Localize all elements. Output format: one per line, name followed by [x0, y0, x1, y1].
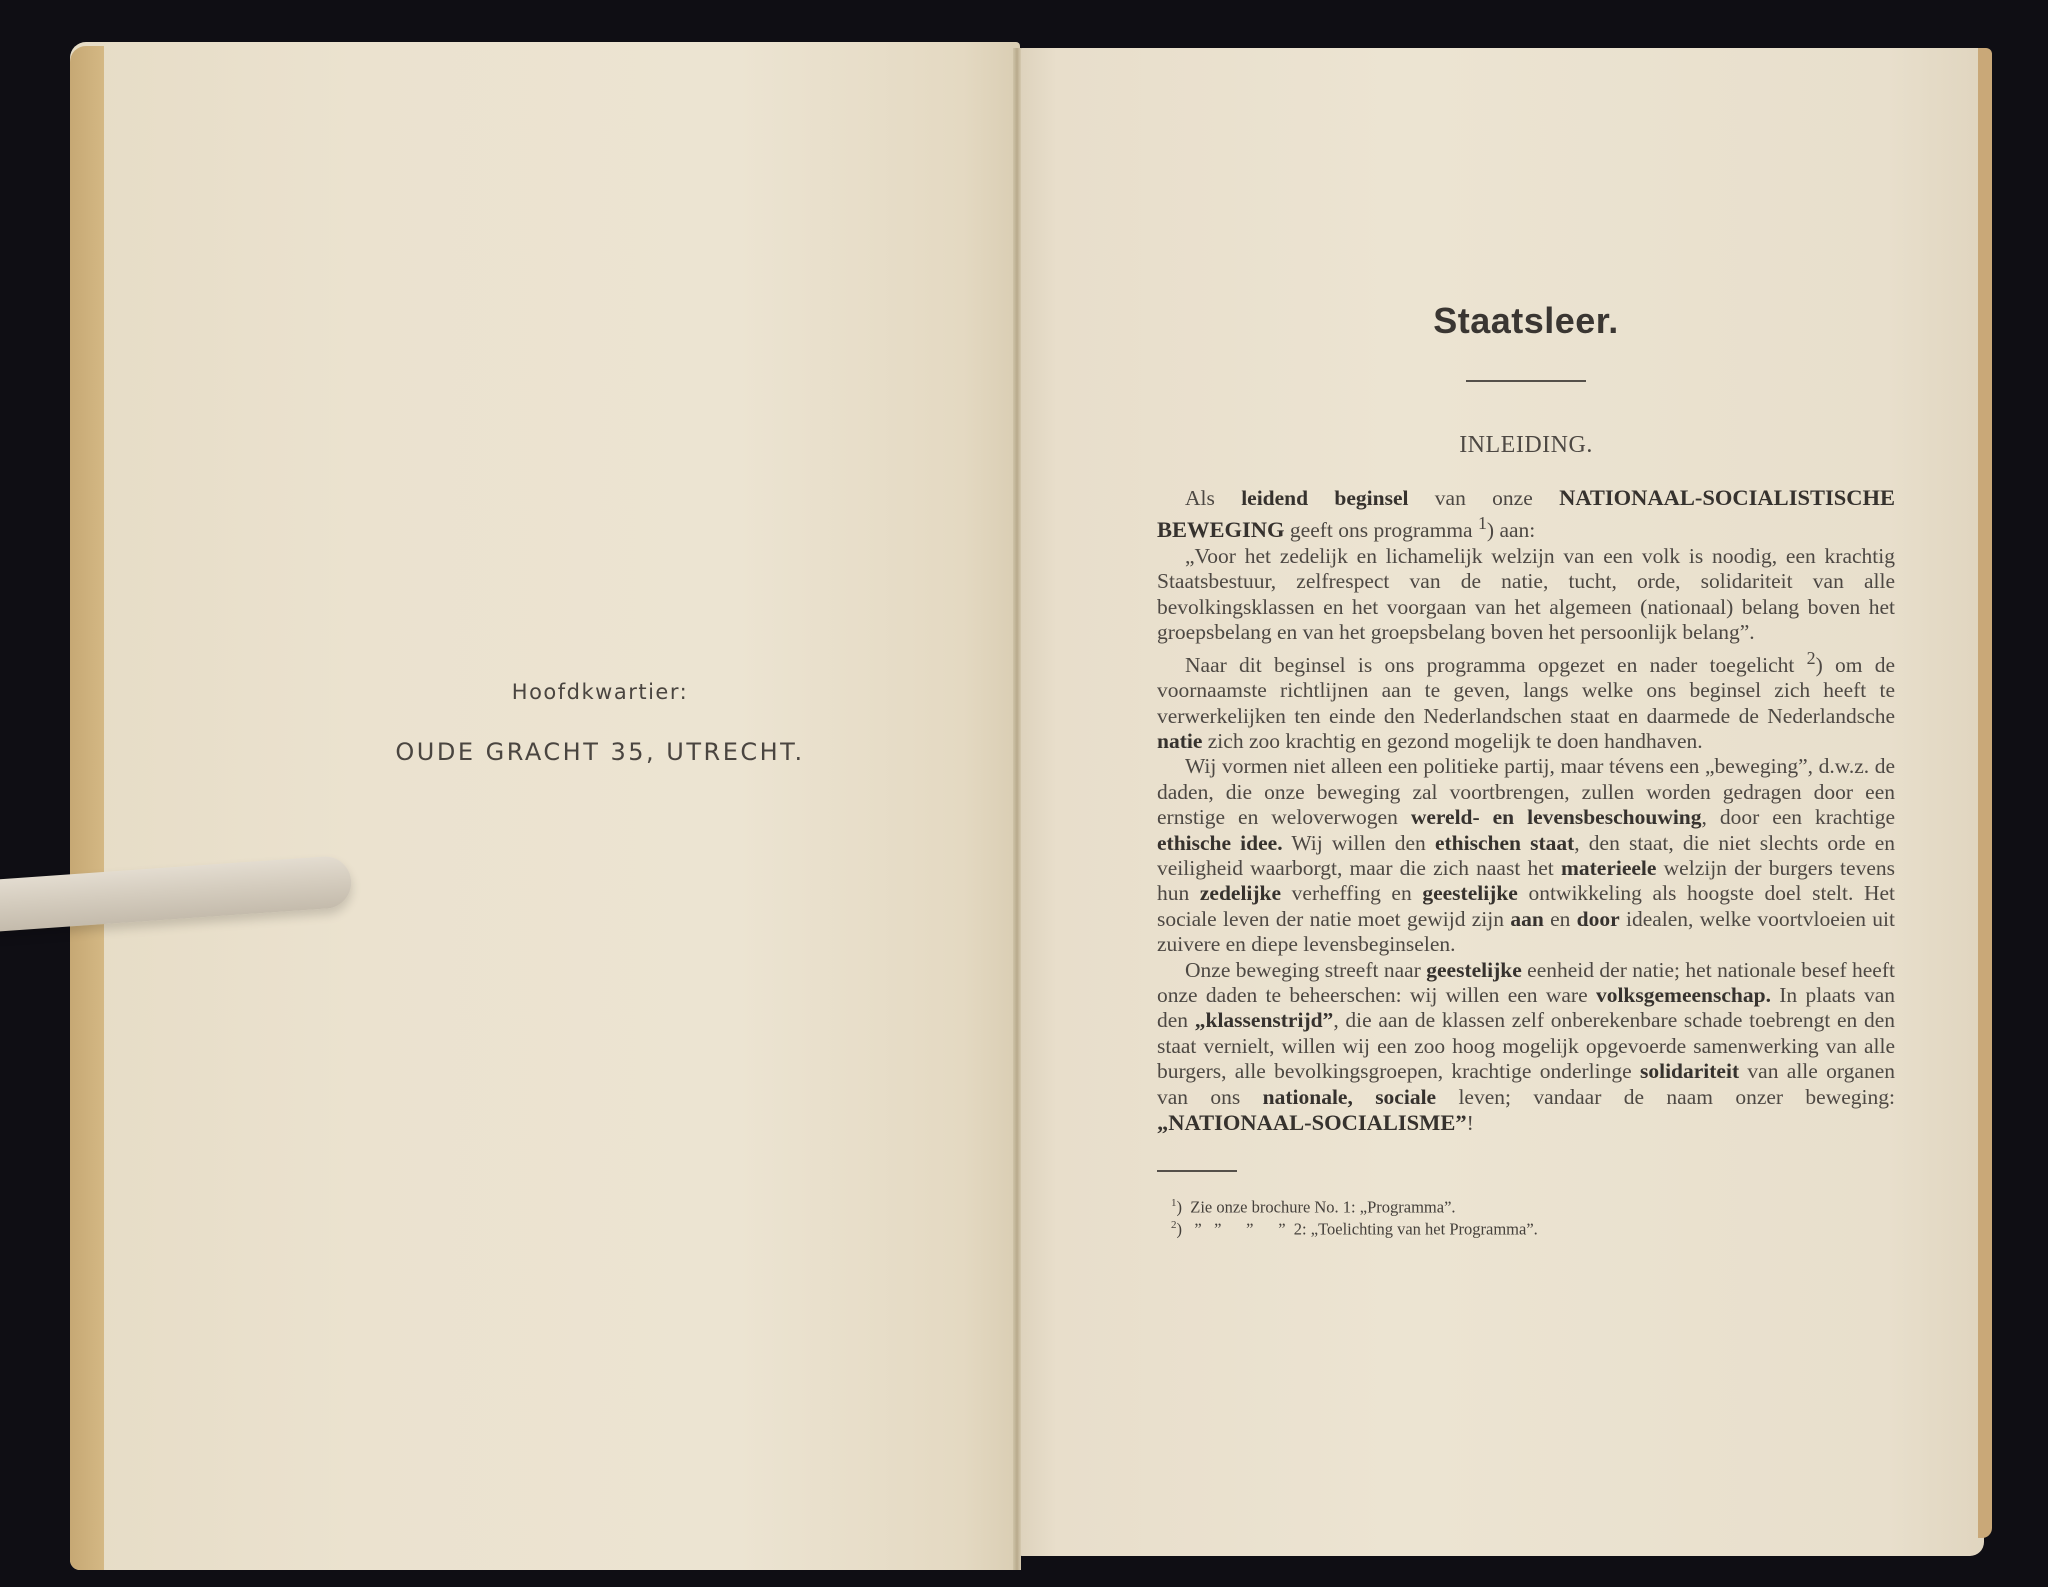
text-run: ) aan: [1487, 519, 1535, 543]
section-heading: INLEIDING. [1157, 432, 1895, 459]
paragraph: Onze beweging streeft naar geestelijke e… [1157, 958, 1895, 1137]
hq-address: OUDE GRACHT 35, UTRECHT. [340, 738, 860, 766]
footnote-divider [1157, 1170, 1237, 1172]
text-run: „Voor het zedelijk en lichamelijk welzij… [1157, 544, 1895, 644]
open-booklet: Hoofdkwartier: OUDE GRACHT 35, UTRECHT. … [0, 0, 2048, 1587]
text-run: van onze [1408, 486, 1559, 510]
text-run: ! [1467, 1111, 1474, 1135]
emphasis: volksgemeenschap. [1596, 983, 1771, 1007]
emphasis: ethischen staat [1435, 831, 1574, 855]
footnote: 1) Zie onze brochure No. 1: „Programma”. [1171, 1194, 1895, 1217]
emphasis: aan [1510, 907, 1543, 931]
left-page [70, 42, 1020, 1570]
emphasis: ethische idee. [1157, 831, 1283, 855]
emphasis: zedelijke [1200, 881, 1281, 905]
text-run: Naar dit beginsel is ons programma opgez… [1185, 653, 1807, 677]
text-run: en [1544, 907, 1577, 931]
emphasis: door [1577, 907, 1620, 931]
footnote-ref: 1 [1478, 513, 1487, 533]
paragraph: Wij vormen niet alleen een politieke par… [1157, 754, 1895, 957]
emphasis: materieele [1561, 856, 1656, 880]
book-gutter [1013, 48, 1021, 1570]
page-title: Staatsleer. [1157, 300, 1895, 342]
emphasis: geestelijke [1426, 958, 1522, 982]
footnote-ref: 2 [1807, 648, 1816, 668]
right-page-content: Staatsleer. INLEIDING. Als leidend begin… [1157, 300, 1895, 1239]
paragraph: „Voor het zedelijk en lichamelijk welzij… [1157, 544, 1895, 646]
title-divider [1466, 380, 1586, 382]
footnote-text: ) ” ” ” ” 2: „Toelichting van het Progra… [1177, 1220, 1538, 1239]
footnote-text: ) Zie onze brochure No. 1: „Programma”. [1177, 1197, 1456, 1216]
left-cover-edge [70, 46, 104, 1570]
emphasis: leidend beginsel [1241, 486, 1408, 510]
text-run: , door een krachtige [1702, 805, 1896, 829]
emphasis: solidariteit [1640, 1059, 1739, 1083]
text-run: Wij willen den [1283, 831, 1435, 855]
text-run: zich zoo krachtig en gezond mogelijk te … [1202, 729, 1702, 753]
emphasis: geestelijke [1422, 881, 1518, 905]
text-run: Onze beweging streeft naar [1185, 958, 1426, 982]
paragraph: Naar dit beginsel is ons programma opgez… [1157, 646, 1895, 755]
headquarters-block: Hoofdkwartier: OUDE GRACHT 35, UTRECHT. [340, 680, 860, 766]
paragraph: Als leidend beginsel van onze NATIONAAL-… [1157, 485, 1895, 544]
text-run: geeft ons programma [1285, 519, 1478, 543]
text-run: leven; vandaar de naam onzer beweging: [1436, 1085, 1895, 1109]
hq-label: Hoofdkwartier: [340, 680, 860, 704]
text-run: verheffing en [1281, 881, 1422, 905]
text-run: Als [1185, 486, 1241, 510]
emphasis: wereld- en levensbeschouwing [1411, 805, 1702, 829]
footnote: 2) ” ” ” ” 2: „Toelichting van het Progr… [1171, 1216, 1895, 1239]
emphasis: „NATIONAAL-SOCIALISME” [1157, 1110, 1467, 1135]
right-cover-edge [1978, 48, 1992, 1538]
emphasis: „klassenstrijd” [1195, 1008, 1334, 1032]
body-text: Als leidend beginsel van onze NATIONAAL-… [1157, 485, 1895, 1136]
emphasis: nationale, sociale [1263, 1085, 1436, 1109]
footnotes: 1) Zie onze brochure No. 1: „Programma”.… [1171, 1194, 1895, 1239]
emphasis: natie [1157, 729, 1202, 753]
